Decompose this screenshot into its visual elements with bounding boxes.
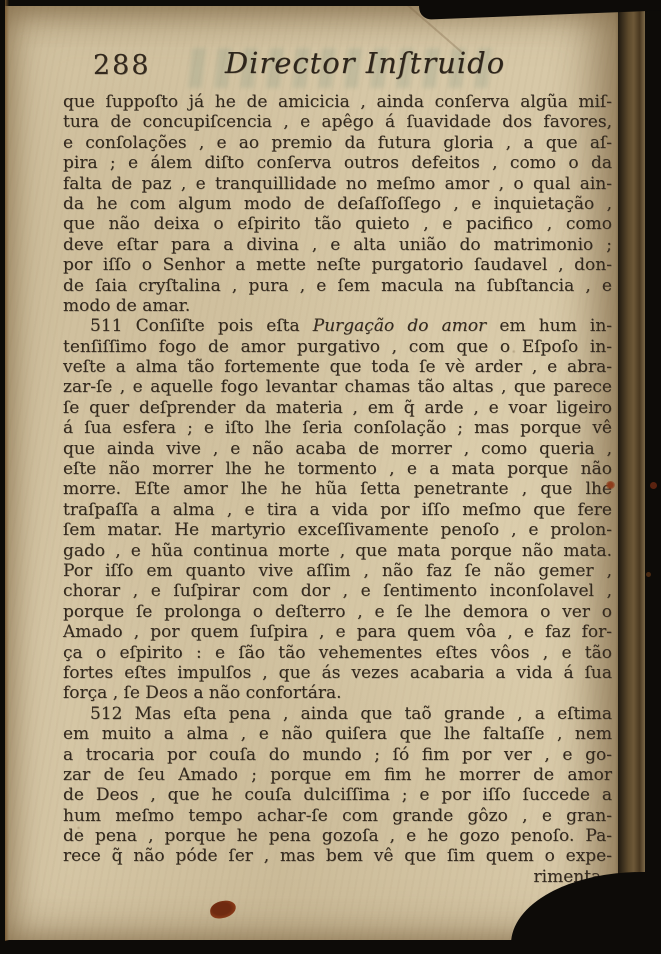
page-number: 288: [93, 50, 151, 81]
text-line: força , ſe Deos a não confortára.: [63, 683, 612, 703]
scan-edge-bottom: [0, 941, 661, 954]
text-line: Amado , por quem ſuſpira , e para quem v…: [63, 622, 612, 642]
adjacent-page-edge: [644, 8, 661, 914]
stain-speck: [606, 481, 615, 489]
text-line: morre. Eſte amor lhe he hũa ſetta penetr…: [63, 479, 612, 499]
text-line: e conſolações , e ao premio da futura gl…: [63, 133, 612, 153]
running-title: Director Inſtruido: [155, 46, 575, 80]
text-line: de ſaia cryſtalina , pura , e ſem macula…: [63, 276, 612, 296]
text-line: hum meſmo tempo achar-ſe com grande gôzo…: [63, 806, 612, 826]
text-line: rece q̃ não póde ſer , mas bem vê que ſi…: [63, 846, 612, 866]
text-line: Por iſſo em quanto vive aſſim , não faz …: [63, 561, 612, 581]
page-edge-line: [5, 0, 9, 954]
text-line: pira ; e álem diſto conſerva outros defe…: [63, 153, 612, 173]
text-line: veſte a alma tão fortemente que toda ſe …: [63, 357, 612, 377]
text-line: rimenta ,: [63, 867, 612, 887]
stain-speck: [646, 572, 651, 577]
text-line: tenſiſſimo fogo de amor purgativo , com …: [63, 337, 612, 357]
text-line: traſpaſſa a alma , e tira a vida por iſſ…: [63, 500, 612, 520]
text-line: tura de concupiſcencia , e apêgo á ſuavi…: [63, 112, 612, 132]
text-line: de Deos , que he couſa dulciſſima ; e po…: [63, 785, 612, 805]
text-line: ça o eſpirito : e ſão tão vehementes eſt…: [63, 643, 612, 663]
stain-speck: [650, 482, 657, 489]
text-line: fortes eſtes impulſos , que ás vezes aca…: [63, 663, 612, 683]
text-line: que não deixa o eſpirito tão quieto , e …: [63, 214, 612, 234]
text-block: que ſuppoſto já he de amicicia , ainda c…: [63, 92, 612, 887]
text-segment: em hum in-: [486, 316, 612, 336]
text-segment: 511 Conſiſte pois eſta: [90, 316, 313, 336]
text-line: deve eſtar para a divina , e alta união …: [63, 235, 612, 255]
text-line: 511 Conſiſte pois eſta Purgação do amor …: [63, 316, 612, 336]
text-line: modo de amar.: [63, 296, 612, 316]
text-line: de pena , porque he pena gozoſa , e he g…: [63, 826, 612, 846]
text-line: ſem matar. He martyrio exceſſivamente pe…: [63, 520, 612, 540]
text-line: em muito a alma , e não quiſera que lhe …: [63, 724, 612, 744]
text-line: por iſſo o Senhor a mette neſte purgator…: [63, 255, 612, 275]
text-line: gado , e hũa continua morte , que mata p…: [63, 541, 612, 561]
text-line: eſte não morrer lhe he tormento , e a ma…: [63, 459, 612, 479]
text-line: a trocaria por couſa do mundo ; ſó fim p…: [63, 745, 612, 765]
text-line: á ſua esfera ; e iſto lhe ſeria conſolaç…: [63, 418, 612, 438]
text-line: porque ſe prolonga o deſterro , e ſe lhe…: [63, 602, 612, 622]
text-line: ſe quer deſprender da materia , em q̃ ar…: [63, 398, 612, 418]
book-page: 288 Director Inſtruido que ſuppoſto já h…: [5, 6, 618, 940]
text-line: chorar , e ſuſpirar com dor , e ſentimen…: [63, 581, 612, 601]
italic-phrase: Purgação do amor: [313, 316, 486, 336]
text-line: zar-ſe , e aquelle fogo levantar chamas …: [63, 377, 612, 397]
text-line: 512 Mas eſta pena , ainda que taõ grande…: [63, 704, 612, 724]
book-scan: 288 Director Inſtruido que ſuppoſto já h…: [0, 0, 661, 954]
book-gutter-shadow: [615, 0, 645, 954]
text-line: da he com algum modo de deſaſſoſſego , e…: [63, 194, 612, 214]
text-line: falta de paz , e tranquillidade no meſmo…: [63, 174, 612, 194]
text-line: zar de ſeu Amado ; porque em fim he morr…: [63, 765, 612, 785]
text-line: que ainda vive , e não acaba de morrer ,…: [63, 439, 612, 459]
text-line: que ſuppoſto já he de amicicia , ainda c…: [63, 92, 612, 112]
